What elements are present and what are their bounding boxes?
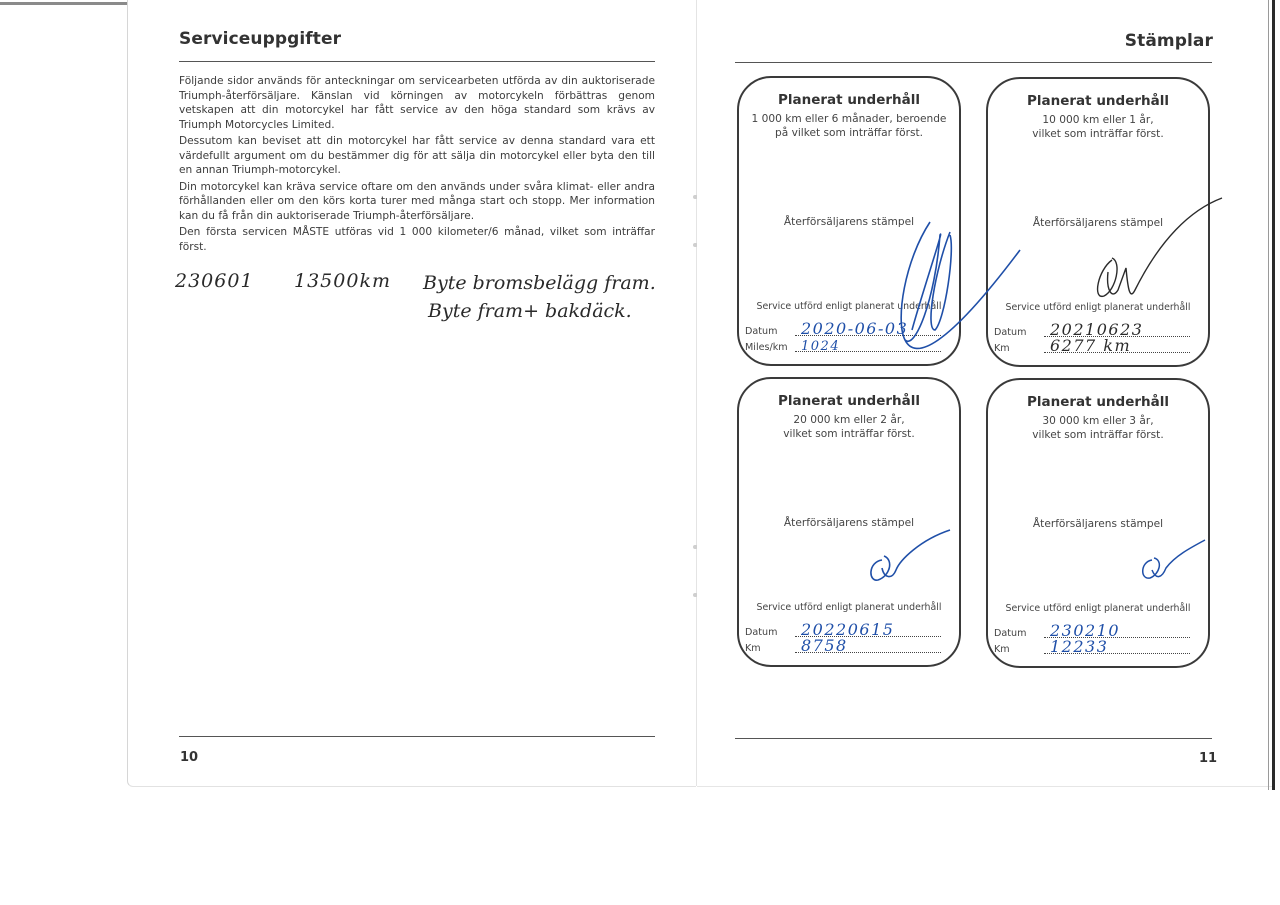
scan-edge xyxy=(1272,0,1275,790)
distance-field: Km 6277 km xyxy=(994,340,1190,354)
dealer-stamp-label: Återförsäljarens stämpel xyxy=(988,518,1208,530)
card-interval: 10 000 km eller 1 år, vilket som inträff… xyxy=(988,113,1208,141)
page-number-left: 10 xyxy=(180,750,198,765)
distance-value: 12233 xyxy=(1050,637,1108,656)
distance-value: 8758 xyxy=(801,636,848,655)
distance-field: Km 8758 xyxy=(745,640,941,654)
title-rule-right xyxy=(735,62,1212,63)
footer-rule-left xyxy=(179,736,655,737)
scan-edge xyxy=(1268,0,1269,790)
service-performed-label: Service utförd enligt planerat underhåll xyxy=(988,603,1208,614)
card-title: Planerat underhåll xyxy=(739,393,959,409)
date-label: Datum xyxy=(745,326,777,337)
intro-paragraph: Din motorcykel kan kräva service oftare … xyxy=(179,180,655,224)
date-label: Datum xyxy=(994,327,1026,338)
intro-paragraph: Den första servicen MÅSTE utföras vid 1 … xyxy=(179,225,655,254)
page-title-left: Serviceuppgifter xyxy=(179,29,341,49)
title-rule-left xyxy=(179,61,655,62)
card-interval: 30 000 km eller 3 år, vilket som inträff… xyxy=(988,414,1208,442)
date-label: Datum xyxy=(994,628,1026,639)
card-interval: 20 000 km eller 2 år, vilket som inträff… xyxy=(739,413,959,441)
card-title: Planerat underhåll xyxy=(988,93,1208,109)
page-title-right: Stämplar xyxy=(1125,31,1213,51)
distance-label: Km xyxy=(994,343,1010,354)
card-title: Planerat underhåll xyxy=(988,394,1208,410)
card-interval: 1 000 km eller 6 månader, beroende på vi… xyxy=(739,112,959,140)
dealer-stamp-label: Återförsäljarens stämpel xyxy=(739,216,959,228)
handwritten-note-line2: Byte fram+ bakdäck. xyxy=(428,300,632,322)
distance-value: 6277 km xyxy=(1050,336,1131,355)
service-stamp-card-3: Planerat underhåll 20 000 km eller 2 år,… xyxy=(737,377,961,667)
card-title: Planerat underhåll xyxy=(739,92,959,108)
intro-paragraph: Följande sidor används för anteckningar … xyxy=(179,74,655,132)
handwritten-km: 13500km xyxy=(294,270,391,292)
dealer-stamp-label: Återförsäljarens stämpel xyxy=(988,217,1208,229)
handwritten-note-line1: Byte bromsbelägg fram. xyxy=(423,272,656,294)
dealer-stamp-label: Återförsäljarens stämpel xyxy=(739,517,959,529)
footer-rule-right xyxy=(735,738,1212,739)
distance-value: 1024 xyxy=(801,339,840,354)
service-performed-label: Service utförd enligt planerat underhåll xyxy=(739,301,959,312)
service-performed-label: Service utförd enligt planerat underhåll xyxy=(739,602,959,613)
distance-label: Km xyxy=(994,644,1010,655)
date-label: Datum xyxy=(745,627,777,638)
intro-paragraph: Dessutom kan beviset att din motorcykel … xyxy=(179,134,655,178)
service-performed-label: Service utförd enligt planerat underhåll xyxy=(988,302,1208,313)
handwritten-date: 230601 xyxy=(175,270,254,292)
scan-edge xyxy=(0,2,129,5)
distance-field: Miles/km 1024 xyxy=(745,339,941,353)
date-value: 2020-06-03 xyxy=(801,319,908,338)
distance-label: Miles/km xyxy=(745,342,788,353)
service-stamp-card-1: Planerat underhåll 1 000 km eller 6 måna… xyxy=(737,76,961,366)
date-field: Datum 2020-06-03 xyxy=(745,323,941,337)
page-number-right: 11 xyxy=(1199,751,1217,766)
distance-field: Km 12233 xyxy=(994,641,1190,655)
distance-label: Km xyxy=(745,643,761,654)
service-stamp-card-2: Planerat underhåll 10 000 km eller 1 år,… xyxy=(986,77,1210,367)
service-stamp-card-4: Planerat underhåll 30 000 km eller 3 år,… xyxy=(986,378,1210,668)
intro-text: Följande sidor används för anteckningar … xyxy=(179,74,655,256)
